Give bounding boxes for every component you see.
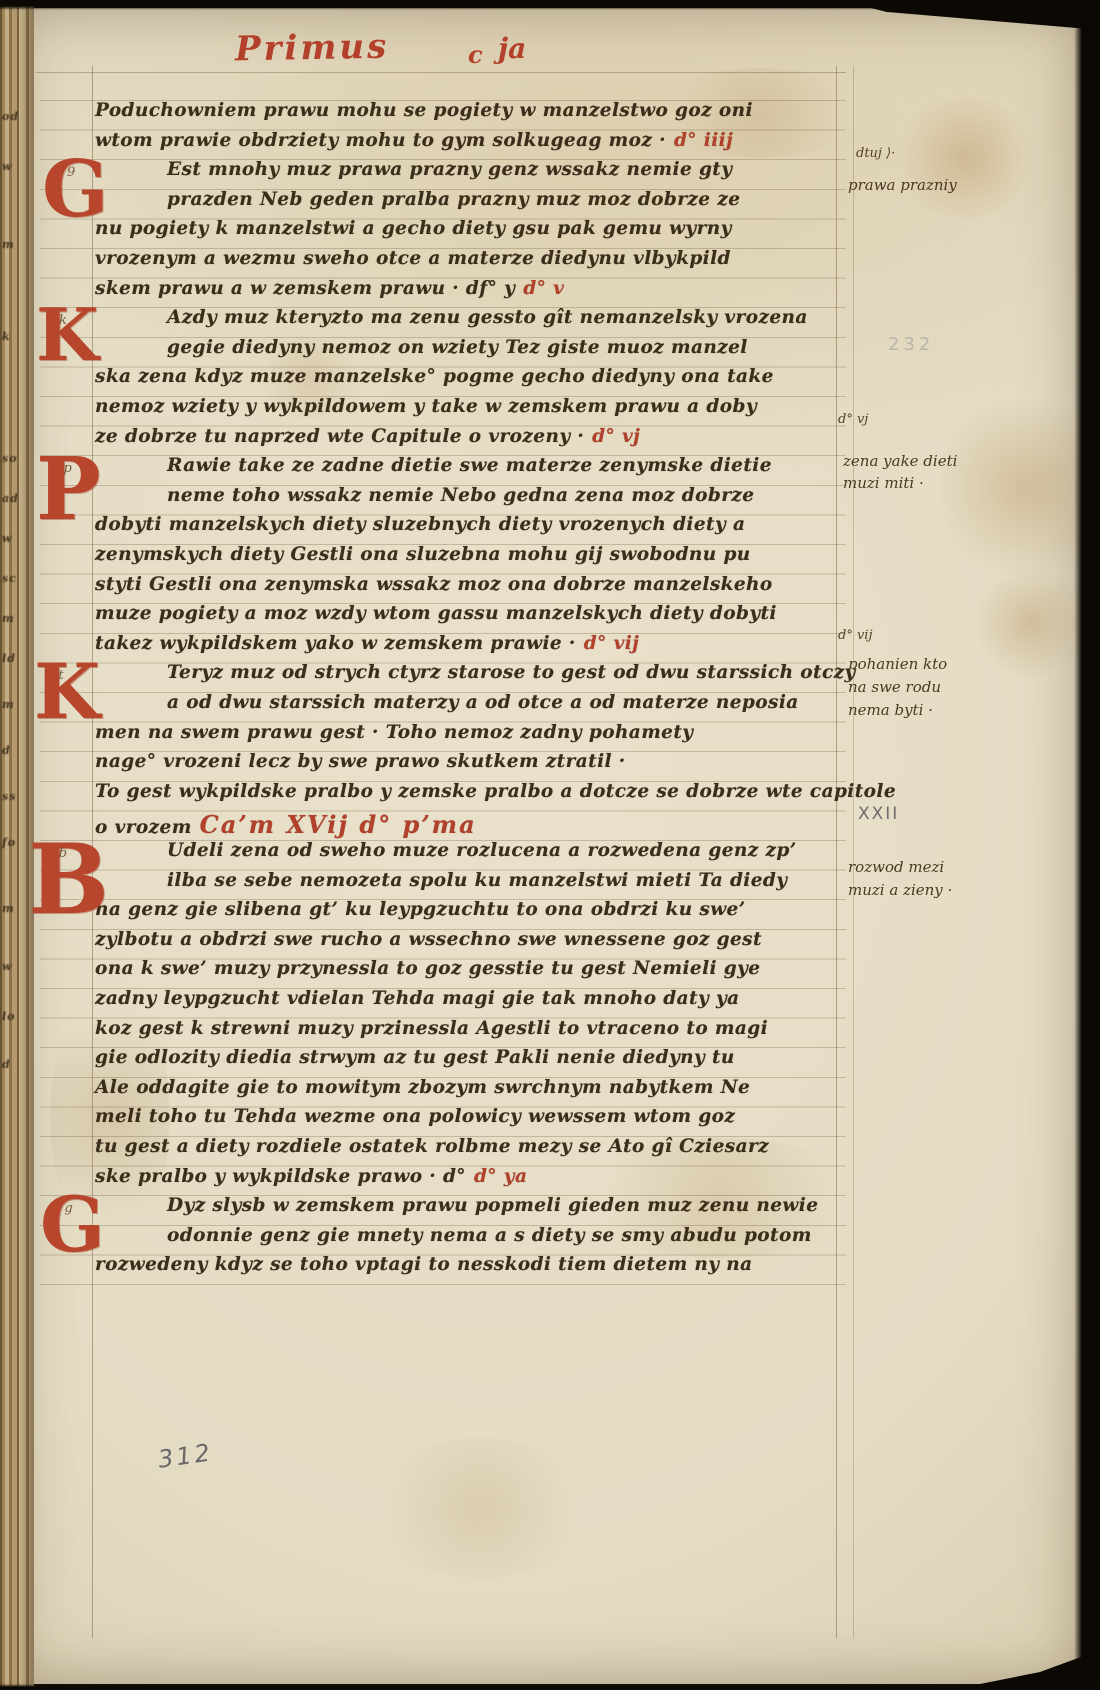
manuscript-line: gie odlozity diedia strwym az tu gest Pa… [95, 1047, 837, 1077]
manuscript-line: Azdy muz kteryzto ma zenu gessto gît nem… [95, 307, 909, 337]
line-text: ska zena kdyz muze manzelske° pogme gech… [95, 366, 774, 387]
manuscript-line: zylbotu a obdrzi swe rucho a wssechno sw… [95, 929, 837, 959]
stain [970, 568, 1090, 678]
line-text: Azdy muz kteryzto ma zenu gessto gît nem… [167, 307, 808, 328]
manuscript-line: styti Gestli ona zenymska wssakz moz ona… [95, 574, 837, 604]
guide-letter: k [59, 313, 67, 328]
marginal-note: 232 [888, 334, 934, 355]
marginal-note: XXII [858, 804, 899, 824]
leaf-edge-text-fragment: m [2, 238, 32, 251]
rubric-reference: d° vj [584, 426, 640, 447]
running-title: Primus [235, 27, 390, 70]
line-text: neme toho wssakz nemie Nebo gedna zena m… [167, 485, 754, 506]
manuscript-line: muze pogiety a moz wzdy wtom gassu manze… [95, 603, 837, 633]
manuscript-line: ona k swe’ muzy przynessla to goz gessti… [95, 958, 837, 988]
line-text: ilba se sebe nemozeta spolu ku manzelstw… [167, 870, 787, 891]
line-text: men na swem prawu gest · Toho nemoz zadn… [95, 722, 693, 743]
leaf-edge-text-fragment: d [2, 744, 32, 757]
leaf-edge-text-fragment: ad [2, 492, 32, 505]
marginal-note: na swe rodu [848, 678, 941, 696]
manuscript-line: nu pogiety k manzelstwi a gecho diety gs… [95, 218, 837, 248]
line-text: nage° vrozeni lecz by swe prawo skutkem … [95, 751, 626, 772]
manuscript-line: odonnie genz gie mnety nema a s diety se… [95, 1225, 909, 1255]
manuscript-line: tu gest a diety rozdiele ostatek rolbme … [95, 1136, 837, 1166]
marginal-note: nema byti · [848, 701, 933, 719]
marginal-note: prawa prazniy [848, 176, 957, 194]
line-text: nemoz wziety y wykpildowem y take w zems… [95, 396, 757, 417]
manuscript-line: ze dobrze tu naprzed wte Capitule o vroz… [95, 426, 837, 456]
line-text: rozwedeny kdyz se toho vptagi to nesskod… [95, 1254, 753, 1275]
manuscript-scan: odwmksoadwscmldmdssfomwlod Primus c ja P… [0, 0, 1100, 1690]
manuscript-line: wtom prawie obdrziety mohu to gym solkug… [95, 130, 837, 160]
leaf-edge-text-fragment: so [2, 452, 32, 465]
manuscript-line: Teryz muz od strych ctyrz starose to ges… [95, 662, 909, 692]
line-text: prazden Neb geden pralba prazny muz moz … [167, 189, 740, 210]
line-text: tu gest a diety rozdiele ostatek rolbme … [95, 1136, 769, 1157]
line-text: Rawie take ze zadne dietie swe materze z… [167, 455, 772, 476]
line-text: koz gest k strewni muzy przinessla Agest… [95, 1018, 768, 1039]
manuscript-line: Dyz slysb w zemskem prawu popmeli gieden… [95, 1195, 909, 1225]
manuscript-line: gegie diedyny nemoz on wziety Tez giste … [95, 337, 909, 367]
leaf-edge-text-fragment: od [2, 110, 32, 123]
guide-letter: 9 [67, 165, 75, 180]
manuscript-line: takez wykpildskem yako w zemskem prawie … [95, 633, 837, 663]
leaf-edge-text-fragment: w [2, 960, 32, 973]
manuscript-line: Udeli zena od sweho muze rozlucena a roz… [95, 840, 909, 870]
line-text: odonnie genz gie mnety nema a s diety se… [167, 1225, 812, 1246]
line-text: vrozenym a wezmu sweho otce a materze di… [95, 248, 731, 269]
line-text: ske pralbo y wykpildske prawo · d° [95, 1166, 466, 1187]
manuscript-line: rozwedeny kdyz se toho vptagi to nesskod… [95, 1254, 837, 1284]
line-text: skem prawu a w zemskem prawu · df° y [95, 278, 515, 299]
rubric-reference: Ca’m XVij d° p’ma [192, 810, 477, 839]
rubric-reference: d° ya [466, 1166, 527, 1187]
line-text: nu pogiety k manzelstwi a gecho diety gs… [95, 218, 732, 239]
leaf-edge-text-fragment: m [2, 612, 32, 625]
manuscript-line: ilba se sebe nemozeta spolu ku manzelstw… [95, 870, 909, 900]
line-text: o vrozem [95, 817, 192, 838]
ruling-top-line [36, 72, 846, 73]
column-letter: c [468, 40, 483, 69]
lombard-initial: G [42, 151, 109, 229]
marginal-note: muzi a zieny · [848, 881, 952, 899]
marginal-note: muzi miti · [843, 474, 924, 492]
folio-mark: ja [498, 32, 526, 65]
lombard-initial: K [34, 654, 100, 730]
manuscript-line: ska zena kdyz muze manzelske° pogme gech… [95, 366, 837, 396]
leaf-edge-text-fragment: ss [2, 790, 32, 803]
marginal-note: rozwod mezi [848, 858, 944, 876]
leaf-edge-text-fragment: k [2, 330, 32, 343]
lombard-initial: B [28, 832, 109, 928]
manuscript-line: Poduchowniem prawu mohu se pogiety w man… [95, 100, 837, 130]
line-text: meli toho tu Tehda wezme ona polowicy we… [95, 1106, 735, 1127]
leaf-edge-text-fragment: w [2, 532, 32, 545]
leaf-edge-text-fragment: d [2, 1058, 32, 1071]
line-text: ona k swe’ muzy przynessla to goz gessti… [95, 958, 760, 979]
lombard-initial: G [40, 1187, 105, 1263]
manuscript-line: neme toho wssakz nemie Nebo gedna zena m… [95, 485, 909, 515]
line-text: To gest wykpildske pralbo y zemske pralb… [95, 781, 896, 802]
rubric-reference: d° v [515, 278, 564, 299]
leaf-edge-text-fragment: ld [2, 652, 32, 665]
manuscript-line: Est mnohy muz prawa prazny genz wssakz n… [95, 159, 909, 189]
manuscript-line: o vrozemCa’m XVij d° p’ma [95, 810, 837, 840]
scan-edge-bottom [0, 1684, 1100, 1690]
guide-letter: t [58, 668, 63, 683]
manuscript-line: a od dwu starssich materzy a od otce a o… [95, 692, 909, 722]
manuscript-line: Ale oddagite gie to mowitym zbozym swrch… [95, 1077, 837, 1107]
manuscript-line: prazden Neb geden pralba prazny muz moz … [95, 189, 909, 219]
guide-letter: b [59, 846, 67, 861]
marginal-note: zena yake dieti [843, 452, 957, 470]
manuscript-line: nage° vrozeni lecz by swe prawo skutkem … [95, 751, 837, 781]
manuscript-line: men na swem prawu gest · Toho nemoz zadn… [95, 722, 837, 752]
line-text: a od dwu starssich materzy a od otce a o… [167, 692, 799, 713]
line-text: styti Gestli ona zenymska wssakz moz ona… [95, 574, 773, 595]
manuscript-line: zadny leypgzucht vdielan Tehda magi gie … [95, 988, 837, 1018]
line-text: gie odlozity diedia strwym az tu gest Pa… [95, 1047, 735, 1068]
line-text: dobyti manzelskych diety sluzebnych diet… [95, 514, 745, 535]
line-text: Dyz slysb w zemskem prawu popmeli gieden… [167, 1195, 818, 1216]
line-text: zadny leypgzucht vdielan Tehda magi gie … [95, 988, 739, 1009]
leaf-edge-text-fragment: sc [2, 572, 32, 585]
leaf-edge-text-fragment: m [2, 698, 32, 711]
manuscript-line: na genz gie slibena gt’ ku leypgzuchtu t… [95, 899, 837, 929]
line-text: Udeli zena od sweho muze rozlucena a roz… [167, 840, 797, 861]
line-text: Teryz muz od strych ctyrz starose to ges… [167, 662, 856, 683]
line-text: zylbotu a obdrzi swe rucho a wssechno sw… [95, 929, 762, 950]
lombard-initial: P [36, 447, 101, 533]
manuscript-line: dobyti manzelskych diety sluzebnych diet… [95, 514, 837, 544]
manuscript-line: meli toho tu Tehda wezme ona polowicy we… [95, 1106, 837, 1136]
rubric-reference: d° iiij [666, 130, 733, 151]
manuscript-line: nemoz wziety y wykpildowem y take w zems… [95, 396, 837, 426]
marginal-note: d° vij [838, 628, 873, 643]
line-text: muze pogiety a moz wzdy wtom gassu manze… [95, 603, 777, 624]
guide-letter: p [64, 461, 72, 476]
line-text: Ale oddagite gie to mowitym zbozym swrch… [95, 1077, 750, 1098]
leaf-edge-text-fragment: w [2, 160, 32, 173]
manuscript-line: skem prawu a w zemskem prawu · df° yd° v [95, 278, 837, 308]
lombard-initial: K [36, 299, 99, 371]
line-text: takez wykpildskem yako w zemskem prawie … [95, 633, 576, 654]
manuscript-line: koz gest k strewni muzy przinessla Agest… [95, 1018, 837, 1048]
rubric-reference: d° vij [576, 633, 640, 654]
line-text: gegie diedyny nemoz on wziety Tez giste … [167, 337, 748, 358]
stain [370, 1438, 590, 1578]
line-text: na genz gie slibena gt’ ku leypgzuchtu t… [95, 899, 746, 920]
manuscript-line: Rawie take ze zadne dietie swe materze z… [95, 455, 909, 485]
line-text: wtom prawie obdrziety mohu to gym solkug… [95, 130, 666, 151]
leaf-edge-text-fragment: lo [2, 1010, 32, 1023]
marginal-note: dtuj ⟩· [856, 146, 895, 161]
manuscript-line: To gest wykpildske pralbo y zemske pralb… [95, 781, 837, 811]
manuscript-line: vrozenym a wezmu sweho otce a materze di… [95, 248, 837, 278]
marginal-note: d° vj [838, 412, 868, 427]
stain [940, 388, 1100, 588]
marginal-note: pohanien kto [848, 655, 947, 673]
manuscript-line: ske pralbo y wykpildske prawo · d°d° ya [95, 1166, 837, 1196]
line-text: zenymskych diety Gestli ona sluzebna moh… [95, 544, 751, 565]
manuscript-line: zenymskych diety Gestli ona sluzebna moh… [95, 544, 837, 574]
line-text: Est mnohy muz prawa prazny genz wssakz n… [167, 159, 732, 180]
guide-letter: g [64, 1201, 72, 1216]
line-text: ze dobrze tu naprzed wte Capitule o vroz… [95, 426, 584, 447]
line-text: Poduchowniem prawu mohu se pogiety w man… [95, 100, 753, 121]
stain [890, 98, 1040, 218]
